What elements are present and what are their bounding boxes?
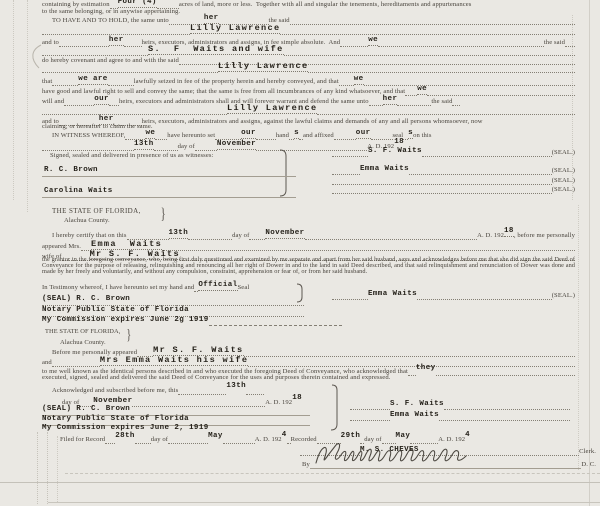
dotted-leader <box>332 297 368 300</box>
dotted-leader <box>223 441 255 444</box>
fill-witness-month: November <box>217 140 256 150</box>
fill-we-2: we <box>354 75 364 85</box>
printed-seal-label: (SEAL.) <box>552 149 575 157</box>
fill-recorded-year: 4 <box>465 431 470 440</box>
dotted-leader <box>42 32 190 35</box>
printed-filed-for-record: Filed for Record <box>60 436 105 444</box>
dotted-leader <box>280 32 575 35</box>
fill-certify-month: November <box>265 229 304 239</box>
state-brace: } <box>126 325 131 344</box>
scan-artifact-vline <box>578 205 579 470</box>
witness-signature-rc-brown: R. C. Brown <box>42 166 98 175</box>
notary-title-ack: Notary Public State of Florida <box>42 415 189 424</box>
scan-artifact-vline <box>47 432 48 504</box>
dotted-leader <box>308 70 575 73</box>
printed-ad-192: A. D. 192 <box>255 436 282 444</box>
ack-section-bracket <box>330 384 340 432</box>
fill-filed-year: 4 <box>282 431 287 440</box>
fill-recorded-day: 29th <box>341 432 361 441</box>
fill-grantor-names: S. F Waits and wife <box>148 45 284 55</box>
printed-clerk-label: Clerk. <box>579 448 596 456</box>
fill-official: Official <box>198 281 237 291</box>
printed-state-of-florida: THE STATE OF FLORIDA, <box>45 328 120 336</box>
scan-artifact-vline <box>57 436 58 502</box>
dotted-leader <box>350 418 390 421</box>
witness-signature-carolina-waits: Carolina Waits <box>42 187 113 196</box>
fill-certify-day: 13th <box>169 229 189 239</box>
printed-that: that <box>42 78 52 86</box>
dotted-leader <box>332 191 552 194</box>
signature-sf-waits-ack: S. F. Waits <box>390 400 444 409</box>
printed-on-this: on this <box>413 132 431 140</box>
fill-ack-year: 18 <box>292 394 302 403</box>
printed-seal-label: (SEAL.) <box>552 186 575 194</box>
signature-sf-waits: S. F. Waits <box>368 147 422 156</box>
printed-witnesses-label: Signed, sealed and delivered in presence… <box>50 152 213 160</box>
dotted-leader <box>439 418 570 421</box>
fill-grantee-name-2: Lilly Lawrence <box>218 62 308 72</box>
scan-artifact-vline <box>589 0 590 506</box>
notary-commission-expiry: My Commission expires June 2g 1919 <box>42 316 209 325</box>
fill-witness-day: 13th <box>134 140 154 150</box>
fill-grantee-name-1: Lilly Lawrence <box>190 24 280 34</box>
fill-we-are: we are <box>78 75 107 85</box>
fill-filed-day: 28th <box>115 432 135 441</box>
fill-ack-day: 13th <box>226 382 246 391</box>
signature-emma-waits-dower: Emma Waits <box>368 290 417 299</box>
clerk-handwritten-signature <box>312 441 472 467</box>
signature-emma-waits-ack: Emma Waits <box>390 411 439 420</box>
printed-state-of-florida: THE STATE OF FLORIDA, <box>52 207 141 215</box>
dashed-leader <box>209 323 342 326</box>
scan-artifact-rule <box>65 473 600 474</box>
deed-document-scan: containing by estimation Four (4) acres … <box>0 0 600 506</box>
fill-they: they <box>416 364 436 373</box>
printed-dc-label: D. C. <box>581 461 596 469</box>
scan-artifact-vline <box>37 432 38 504</box>
dotted-leader <box>42 70 218 73</box>
printed-dower-paragraph: the grantor in the foregoing conveyance,… <box>42 257 575 275</box>
scan-artifact-vline <box>27 0 28 212</box>
dotted-leader <box>422 154 552 157</box>
notary-title: Notary Public State of Florida <box>42 306 189 315</box>
dotted-leader <box>350 407 390 410</box>
fill-we-3: we <box>417 85 427 95</box>
scan-artifact-vline <box>13 0 14 200</box>
scan-artifact-hook <box>29 44 43 70</box>
notary-signature-rc-brown-ack: (SEAL) R. C. Brown <box>42 405 130 414</box>
fill-certify-year: 18 <box>504 227 514 237</box>
printed-alachua-county: Alachua County. <box>64 217 110 225</box>
fill-grantee-name-3: Lilly Lawrence <box>227 104 317 114</box>
fill-filed-month: May <box>208 432 223 441</box>
printed-seized: lawfully seized in fee of the property h… <box>134 78 339 86</box>
printed-seal-word: Seal <box>238 284 250 292</box>
scan-artifact-rule <box>48 502 600 503</box>
printed-in-testimony: In Testimony whereof, I have hereunto se… <box>42 284 194 292</box>
printed-executed: executed, signed, sealed and delivered t… <box>42 374 390 382</box>
printed-seal-label: (SEAL.) <box>552 292 575 300</box>
notary-signature-rc-brown: (SEAL) R. C. Brown <box>42 295 130 304</box>
printed-by-label: By <box>302 461 310 469</box>
dotted-leader <box>417 297 552 300</box>
state-brace: } <box>160 204 165 224</box>
signature-emma-waits: Emma Waits <box>360 165 409 174</box>
printed-day-of: day of <box>151 436 168 444</box>
dotted-leader <box>105 441 115 444</box>
fill-seal-s: s <box>408 129 413 139</box>
dotted-leader <box>332 154 368 157</box>
dotted-leader <box>444 407 570 410</box>
fill-recorded-month: May <box>396 432 411 441</box>
dotted-leader <box>135 441 151 444</box>
scan-artifact-rule <box>0 482 600 483</box>
dotted-leader <box>168 441 208 444</box>
printed-day-of: day of <box>178 143 195 151</box>
